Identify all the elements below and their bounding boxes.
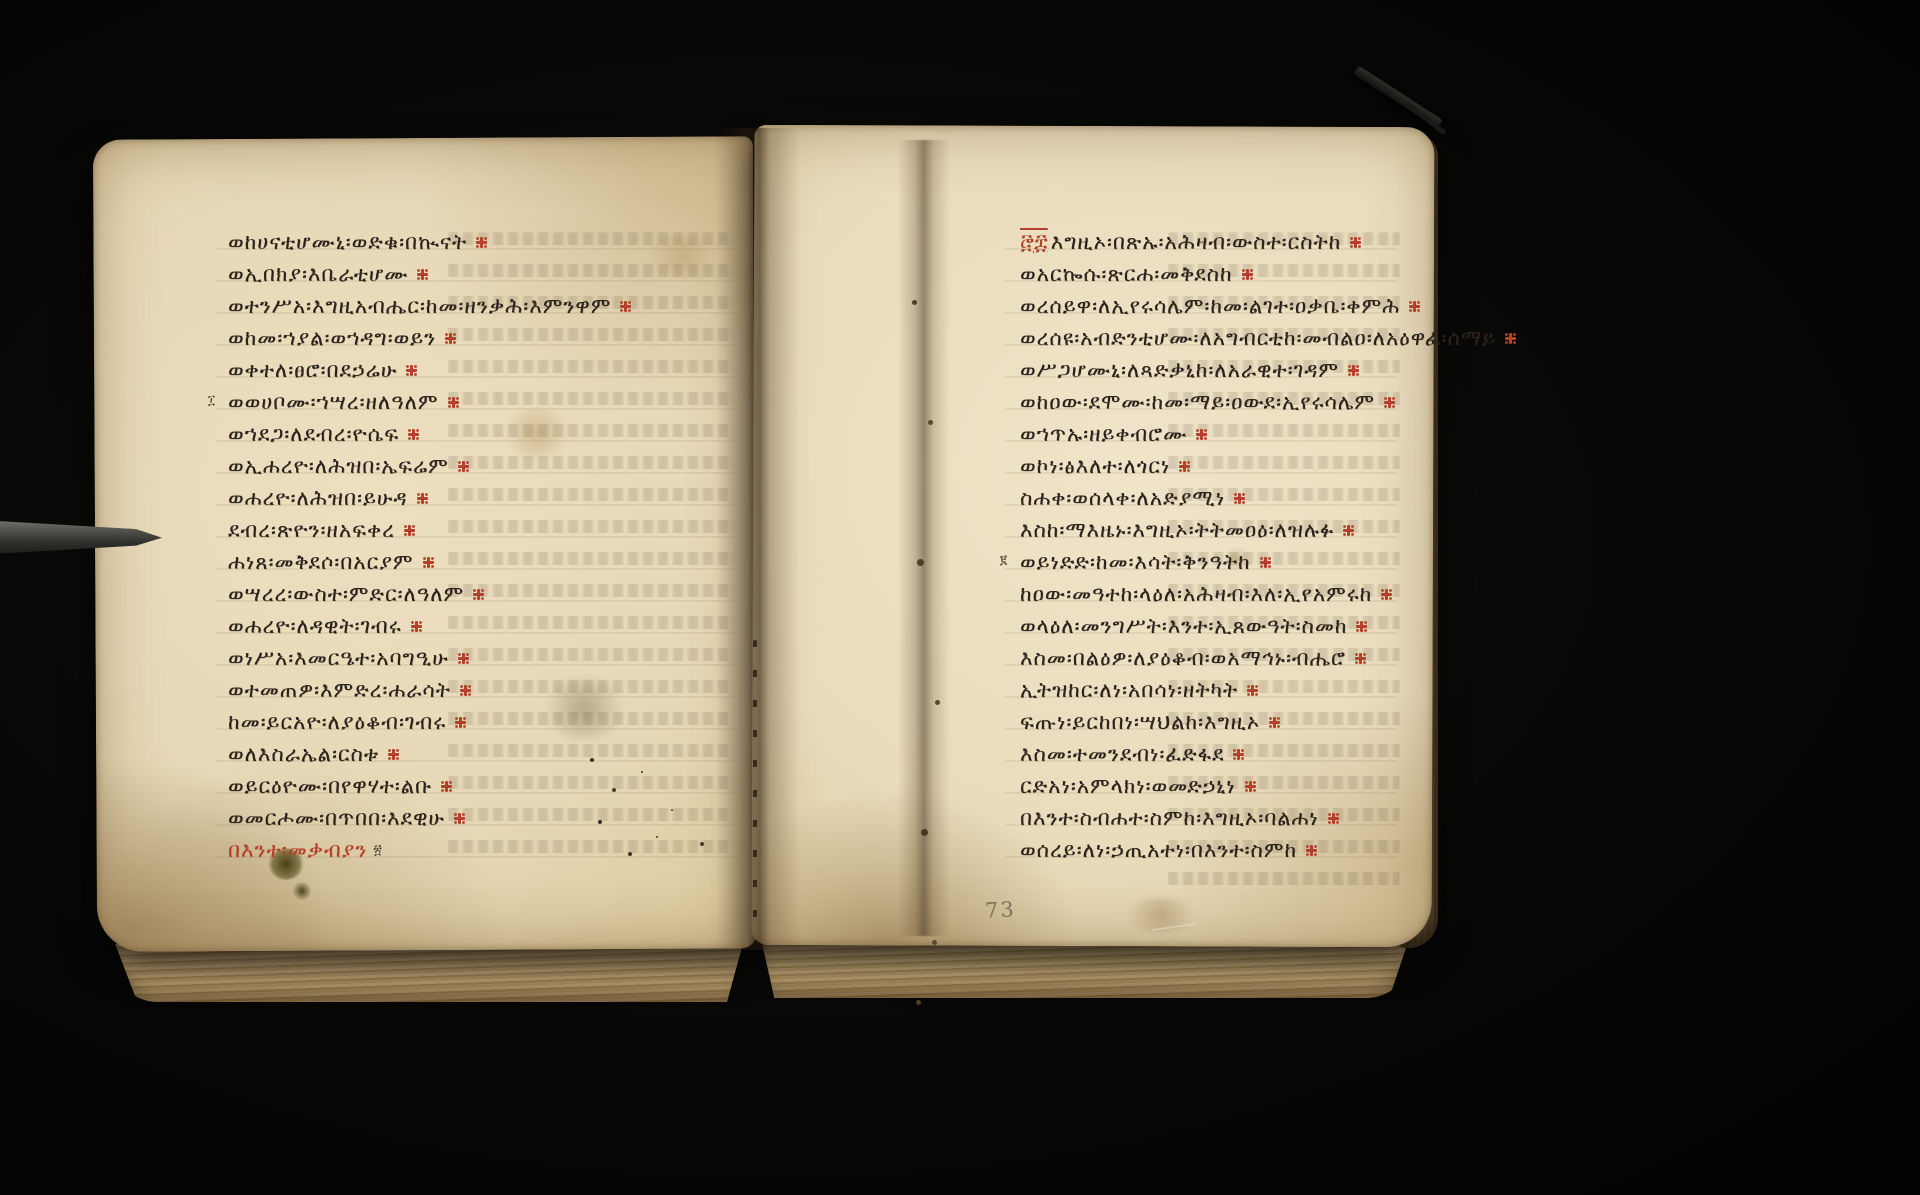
manuscript-text-line: ወሰረይ፡ለነ፡ኃጢአተነ፡በእንተ፡ስምከ — [1020, 834, 1516, 866]
manuscript-text-line: ወረሰይዋ፡ለኢየሩሳሌም፡ከመ፡ልገተ፡ዐቃቤ፡ቀምሕ — [1020, 290, 1516, 322]
red-cross-separator — [1348, 365, 1359, 376]
photo-background: ወከሀናቲሆሙኒ፡ወድቁ፡በኲናት ወኢበክያ፡እቤራቲሆሙ ወተንሥአ፡እግዚ… — [0, 0, 1920, 1195]
manuscript-text-line: ርድአነ፡አምላክነ፡ወመድኃኒነ — [1020, 770, 1516, 802]
manuscript-text-line: ወኢሐረዮ፡ለሕዝበ፡ኤፍሬም — [228, 450, 631, 482]
red-cross-separator — [1384, 397, 1395, 408]
red-cross-separator — [1306, 845, 1317, 856]
line-text: ስሐቀ፡ወሰላቀ፡ለአድያሚነ — [1020, 486, 1225, 511]
line-text: ወይነድድ፡ከመ፡እሳት፡ቅንዓትከ — [1020, 550, 1251, 575]
line-text: ወረሰዩ፡አብድንቲሆሙ፡ለአግብርቲከ፡መብልዐ፡ለአዕዋፈ፡ሰማይ — [1020, 326, 1496, 351]
line-text: ወሰረይ፡ለነ፡ኃጢአተነ፡በእንተ፡ስምከ — [1020, 838, 1297, 863]
manuscript-text-line: ወቀተለ፡ፀሮ፡በደኃሬሁ — [228, 354, 631, 386]
manuscript-text-line: ወኢበክያ፡እቤራቲሆሙ — [228, 258, 631, 290]
manuscript-text-line: ከመ፡ይርአዮ፡ለያዕቆብ፡ገብሩ — [228, 706, 631, 738]
line-text: ወረሰይዋ፡ለኢየሩሳሌም፡ከመ፡ልገተ፡ዐቃቤ፡ቀምሕ — [1020, 294, 1400, 319]
manuscript-text-line: ወላዕለ፡መንግሥት፡እንተ፡ኢጸውዓት፡ስመከ — [1020, 610, 1516, 642]
left-page-text-block: ወከሀናቲሆሙኒ፡ወድቁ፡በኲናት ወኢበክያ፡እቤራቲሆሙ ወተንሥአ፡እግዚ… — [228, 226, 631, 866]
line-text: ወወሀቦሙ፡ኀሣረ፡ዘለዓለም — [228, 390, 439, 415]
manuscript-text-line: ከዐው፡መዓተከ፡ላዕለ፡አሕዛብ፡እለ፡ኢየአምሩከ — [1020, 578, 1516, 610]
red-cross-separator — [1355, 653, 1366, 664]
red-cross-separator — [411, 621, 422, 632]
line-text: ፍጡነ፡ይርከበነ፡ሣህልከ፡እግዚኦ — [1020, 710, 1260, 735]
line-text: ወተንሥአ፡እግዚአብሔር፡ከመ፡ዘንቃሕ፡እምንዋም — [228, 294, 611, 319]
line-text: ሐነጸ፡መቅደሶ፡በአርያም — [228, 550, 414, 575]
red-cross-separator — [1328, 813, 1339, 824]
red-cross-separator — [408, 429, 419, 440]
red-cross-separator — [1343, 525, 1354, 536]
manuscript-text-line: ስሐቀ፡ወሰላቀ፡ለአድያሚነ — [1020, 482, 1516, 514]
red-cross-separator — [458, 461, 469, 472]
manuscript-text-line: ወሥጋሆሙኒ፡ለጻድቃኒከ፡ለአራዊተ፡ገዳም — [1020, 354, 1516, 386]
red-cross-separator — [1234, 493, 1245, 504]
manuscript-text-line: በእንተ፡መቃብያን ፳ — [228, 834, 631, 866]
manuscript-text-line: ወይርዕዮሙ፡በየዋሃተ፡ልቡ — [228, 770, 631, 802]
marginal-numeral: ፪ — [1000, 553, 1007, 568]
manuscript-text-line: እስመ፡በልዕዎ፡ለያዕቆብ፡ወአማኅኑ፡ብሔሮ — [1020, 642, 1516, 674]
quire-mark: ፳ — [373, 843, 381, 858]
line-text: ደብረ፡ጽዮን፡ዘአፍቀረ — [228, 518, 395, 543]
line-text: ወሐረዮ፡ለዳዊት፡ገብሩ — [228, 614, 402, 639]
manuscript-text-line: ወሐረዮ፡ለዳዊት፡ገብሩ — [228, 610, 631, 642]
line-text: ወላዕለ፡መንግሥት፡እንተ፡ኢጸውዓት፡ስመከ — [1020, 614, 1347, 639]
manuscript-text-line: ወኀደጋ፡ለደብረ፡ዮሴፍ — [228, 418, 631, 450]
manuscript-text-line: ፍጡነ፡ይርከበነ፡ሣህልከ፡እግዚኦ — [1020, 706, 1516, 738]
line-text: ወሥጋሆሙኒ፡ለጻድቃኒከ፡ለአራዊተ፡ገዳም — [1020, 358, 1339, 383]
red-cross-separator — [1356, 621, 1367, 632]
line-text: ከመ፡ይርአዮ፡ለያዕቆብ፡ገብሩ — [228, 710, 446, 735]
right-page-fold-crease — [898, 140, 950, 936]
line-text: ወአርኰሱ፡ጽርሐ፡መቅደስከ — [1020, 262, 1233, 287]
line-text: እስመ፡ተመንደብነ፡ፈድፋደ — [1020, 742, 1224, 767]
binding-stitches — [753, 640, 757, 940]
red-cross-separator — [417, 493, 428, 504]
red-cross-separator — [1269, 717, 1280, 728]
line-text: ወኢበክያ፡እቤራቲሆሙ — [228, 262, 408, 287]
stain — [292, 882, 312, 900]
manuscript-text-line: ወከመ፡ኀያል፡ወኀዳግ፡ወይን — [228, 322, 631, 354]
manuscript-text-line: ኢትዝከር፡ለነ፡አበሳነ፡ዘትካት — [1020, 674, 1516, 706]
line-text: እስመ፡በልዕዎ፡ለያዕቆብ፡ወአማኅኑ፡ብሔሮ — [1020, 646, 1346, 671]
manuscript-text-line: ወኀጥኡ፡ዘይቀብሮሙ — [1020, 418, 1516, 450]
line-text: ወኢሐረዮ፡ለሕዝበ፡ኤፍሬም — [228, 454, 449, 479]
manuscript-text-line: ወነሥአ፡እመርዔተ፡አባግዒሁ — [228, 642, 631, 674]
red-cross-separator — [1260, 557, 1271, 568]
line-text: ወከሀናቲሆሙኒ፡ወድቁ፡በኲናት — [228, 230, 467, 255]
red-cross-separator — [460, 685, 471, 696]
red-cross-separator — [1409, 301, 1420, 312]
red-cross-separator — [473, 589, 484, 600]
manuscript-text-line: ሐነጸ፡መቅደሶ፡በአርያም — [228, 546, 631, 578]
manuscript-text-line: ፸፰ እግዚኦ፡በጽኡ፡አሕዛብ፡ውስተ፡ርስትከ — [1020, 226, 1516, 258]
line-text: ወኀደጋ፡ለደብረ፡ዮሴፍ — [228, 422, 399, 447]
red-cross-separator — [455, 717, 466, 728]
manuscript-text-line: ወለእስራኤል፡ርስቱ — [228, 738, 631, 770]
red-cross-separator — [423, 557, 434, 568]
red-cross-separator — [388, 749, 399, 760]
line-text: ወከዐው፡ደሞሙ፡ከመ፡ማይ፡ዐውደ፡ኢየሩሳሌም — [1020, 390, 1375, 415]
left-page-block-edge — [112, 944, 746, 1002]
red-cross-separator — [620, 301, 631, 312]
red-cross-separator — [441, 781, 452, 792]
red-cross-separator — [1233, 749, 1244, 760]
line-text: ወነሥአ፡እመርዔተ፡አባግዒሁ — [228, 646, 449, 671]
manuscript-text-line: እስመ፡ተመንደብነ፡ፈድፋደ — [1020, 738, 1516, 770]
right-page-block-edge — [758, 940, 1412, 998]
line-text: ወኮነ፡ፅእለተ፡ለጎርነ — [1020, 454, 1170, 479]
stain — [640, 236, 724, 278]
line-text: እስከ፡ማእዜኑ፡እግዚኦ፡ትትመዐዕ፡ለዝሉፉ — [1020, 518, 1334, 543]
manuscript-text-line: ወሐረዮ፡ለሕዝበ፡ይሁዳ — [228, 482, 631, 514]
line-text: ወቀተለ፡ፀሮ፡በደኃሬሁ — [228, 358, 397, 383]
red-cross-separator — [454, 813, 465, 824]
line-text: እግዚኦ፡በጽኡ፡አሕዛብ፡ውስተ፡ርስትከ — [1051, 230, 1342, 255]
line-text: በእንተ፡መቃብያን — [228, 838, 367, 863]
line-text: ወለእስራኤል፡ርስቱ — [228, 742, 379, 767]
manuscript-text-line: ወተመጠዎ፡እምድረ፡ሐራሳት — [228, 674, 631, 706]
manuscript-text-line: ወከዐው፡ደሞሙ፡ከመ፡ማይ፡ዐውደ፡ኢየሩሳሌም — [1020, 386, 1516, 418]
red-cross-separator — [406, 365, 417, 376]
manuscript-text-line: ወረሰዩ፡አብድንቲሆሙ፡ለአግብርቲከ፡መብልዐ፡ለአዕዋፈ፡ሰማይ — [1020, 322, 1516, 354]
manuscript-text-line: በእንተ፡ስብሐተ፡ስምከ፡እግዚኦ፡ባልሐነ — [1020, 802, 1516, 834]
line-text: ወከመ፡ኀያል፡ወኀዳግ፡ወይን — [228, 326, 436, 351]
red-cross-separator — [1242, 269, 1253, 280]
red-cross-separator — [1179, 461, 1190, 472]
red-cross-separator — [476, 237, 487, 248]
manuscript-text-line: ፪ ወይነድድ፡ከመ፡እሳት፡ቅንዓትከ — [1020, 546, 1516, 578]
line-text: ወይርዕዮሙ፡በየዋሃተ፡ልቡ — [228, 774, 432, 799]
line-text: ወተመጠዎ፡እምድረ፡ሐራሳት — [228, 678, 451, 703]
manuscript-text-line: ደብረ፡ጽዮን፡ዘአፍቀረ — [228, 514, 631, 546]
red-cross-separator — [404, 525, 415, 536]
right-page-text-block: ፸፰ እግዚኦ፡በጽኡ፡አሕዛብ፡ውስተ፡ርስትከ ወአርኰሱ፡ጽርሐ፡መቅደስ… — [1020, 226, 1516, 866]
red-cross-separator — [1245, 781, 1256, 792]
manuscript-text-line: ወሣረረ፡ውስተ፡ምድር፡ለዓለም — [228, 578, 631, 610]
line-text: ኢትዝከር፡ለነ፡አበሳነ፡ዘትካት — [1020, 678, 1238, 703]
manuscript-text-line: ፲ ወወሀቦሙ፡ኀሣረ፡ዘለዓለም — [228, 386, 631, 418]
red-cross-separator — [445, 333, 456, 344]
manuscript-text-line: ወአርኰሱ፡ጽርሐ፡መቅደስከ — [1020, 258, 1516, 290]
marginal-numeral: ፲ — [208, 393, 215, 408]
red-cross-separator — [458, 653, 469, 664]
folio-number: 73 — [984, 897, 1016, 923]
red-cross-separator — [1247, 685, 1258, 696]
red-cross-separator — [1196, 429, 1207, 440]
manuscript-text-line: ወኮነ፡ፅእለተ፡ለጎርነ — [1020, 450, 1516, 482]
crease-speckles — [912, 300, 917, 305]
line-text: በእንተ፡ስብሐተ፡ስምከ፡እግዚኦ፡ባልሐነ — [1020, 806, 1319, 831]
manuscript-text-line: ወተንሥአ፡እግዚአብሔር፡ከመ፡ዘንቃሕ፡እምንዋም — [228, 290, 631, 322]
red-cross-separator — [1505, 333, 1516, 344]
manuscript-text-line: እስከ፡ማእዜኑ፡እግዚኦ፡ትትመዐዕ፡ለዝሉፉ — [1020, 514, 1516, 546]
manuscript-text-line: ወመርሖሙ፡በጥበበ፡እደዊሁ — [228, 802, 631, 834]
manuscript-text-line: ወከሀናቲሆሙኒ፡ወድቁ፡በኲናት — [228, 226, 631, 258]
red-cross-separator — [448, 397, 459, 408]
red-cross-separator — [417, 269, 428, 280]
line-text: ወመርሖሙ፡በጥበበ፡እደዊሁ — [228, 806, 445, 831]
line-text: ወሐረዮ፡ለሕዝበ፡ይሁዳ — [228, 486, 408, 511]
chapter-numeral: ፸፰ — [1020, 230, 1048, 255]
red-cross-separator — [1350, 237, 1361, 248]
red-cross-separator — [1381, 589, 1392, 600]
line-text: ከዐው፡መዓተከ፡ላዕለ፡አሕዛብ፡እለ፡ኢየአምሩከ — [1020, 582, 1372, 607]
line-text: ወኀጥኡ፡ዘይቀብሮሙ — [1020, 422, 1187, 447]
line-text: ወሣረረ፡ውስተ፡ምድር፡ለዓለም — [228, 582, 464, 607]
line-text: ርድአነ፡አምላክነ፡ወመድኃኒነ — [1020, 774, 1236, 799]
